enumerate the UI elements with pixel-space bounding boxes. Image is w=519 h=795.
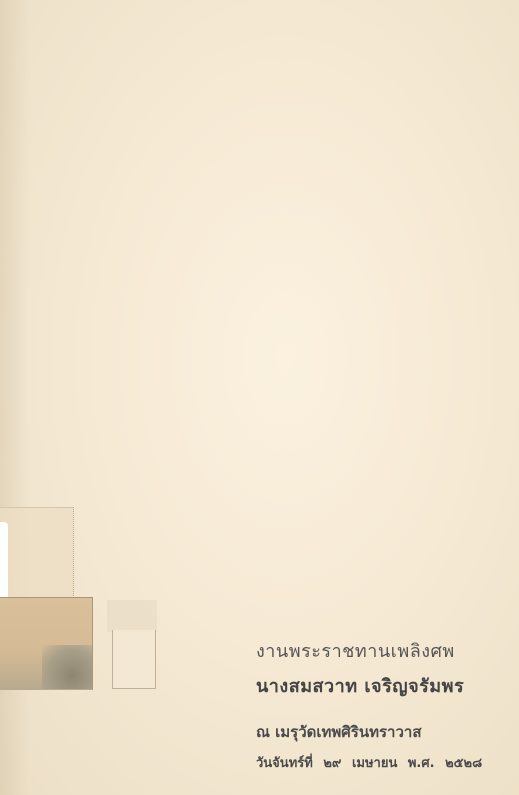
tape-piece-upper — [0, 507, 74, 598]
deceased-name: นางสมสวาท เจริญจรัมพร — [256, 671, 482, 700]
torn-paper-fragment — [107, 600, 157, 632]
venue: ณ เมรุวัดเทพศิรินทราวาส — [256, 720, 482, 744]
tape-piece-right — [112, 630, 156, 689]
tape-stain — [42, 645, 92, 689]
event-title: งานพระราชทานเพลิงศพ — [256, 636, 482, 665]
event-date: วันจันทร์ที่ ๒๙ เมษายน พ.ศ. ๒๕๒๘ — [256, 752, 482, 773]
book-cover: งานพระราชทานเพลิงศพ นางสมสวาท เจริญจรัมพ… — [0, 0, 519, 795]
cover-text-block: งานพระราชทานเพลิงศพ นางสมสวาท เจริญจรัมพ… — [256, 636, 482, 773]
